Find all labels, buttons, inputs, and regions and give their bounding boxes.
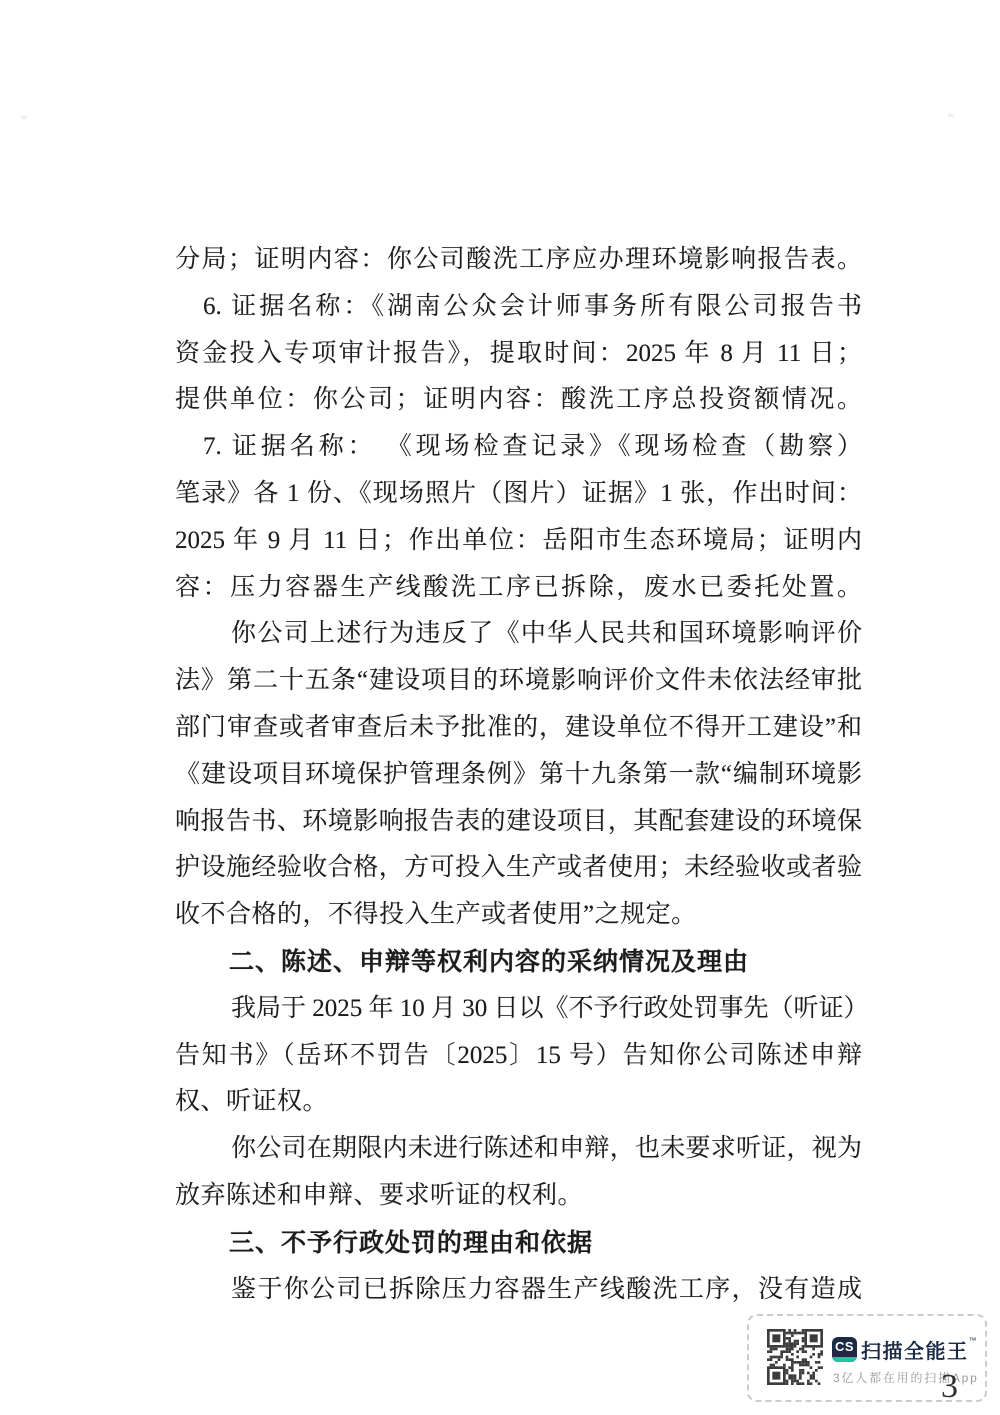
- qr-code-icon: [767, 1329, 823, 1385]
- brand-name: 扫描全能王: [861, 1335, 969, 1364]
- text-line: 《建设项目环境保护管理条例》第十九条第一款“编制环境影: [175, 752, 862, 799]
- text-line: 你公司上述行为违反了《中华人民共和国环境影响评价: [175, 611, 862, 658]
- text-line: 你公司在期限内未进行陈述和申辩，也未要求听证，视为: [175, 1126, 862, 1173]
- text-line: 权、听证权。: [175, 1079, 862, 1126]
- scan-artifact: [948, 114, 954, 117]
- section-heading: 三、不予行政处罚的理由和依据: [175, 1220, 862, 1267]
- text-line: 告知书》（岳环不罚告〔2025〕15 号）告知你公司陈述申辩: [175, 1033, 862, 1080]
- brand-row: 扫描全能王 ™: [861, 1337, 977, 1362]
- text-line: 我局于 2025 年 10 月 30 日以《不予行政处罚事先（听证）: [175, 986, 862, 1033]
- cs-badge-letters: CS: [832, 1337, 857, 1357]
- text-line: 7. 证据名称： 《现场检查记录》《现场检查（勘察）: [175, 424, 862, 471]
- text-line: 部门审查或者审查后未予批准的，建设单位不得开工建设”和: [175, 705, 862, 752]
- text-line: 鉴于你公司已拆除压力容器生产线酸洗工序，没有造成: [175, 1267, 862, 1314]
- text-line: 护设施经验收合格，方可投入生产或者使用；未经验收或者验: [175, 845, 862, 892]
- text-line: 响报告书、环境影响报告表的建设项目，其配套建设的环境保: [175, 799, 862, 846]
- text-line: 容：压力容器生产线酸洗工序已拆除，废水已委托处置。: [175, 565, 862, 612]
- scan-artifact: [21, 116, 27, 119]
- cs-badge-green-bar: [832, 1357, 857, 1362]
- text-line: 2025 年 9 月 11 日；作出单位：岳阳市生态环境局；证明内: [175, 518, 862, 565]
- text-line: 笔录》各 1 份、《现场照片（图片）证据》1 张，作出时间：: [175, 471, 862, 518]
- document-body: 分局；证明内容：你公司酸洗工序应办理环境影响报告表。6. 证据名称：《湖南公众会…: [175, 237, 862, 1313]
- text-line: 6. 证据名称：《湖南公众会计师事务所有限公司报告书: [175, 284, 862, 331]
- text-line: 提供单位：你公司；证明内容：酸洗工序总投资额情况。: [175, 377, 862, 424]
- page-number: 3: [941, 1368, 958, 1406]
- text-line: 放弃陈述和申辩、要求听证的权利。: [175, 1173, 862, 1220]
- text-line: 收不合格的，不得投入生产或者使用”之规定。: [175, 892, 862, 939]
- text-line: 分局；证明内容：你公司酸洗工序应办理环境影响报告表。: [175, 237, 862, 284]
- text-line: 资金投入专项审计报告》，提取时间：2025 年 8 月 11 日；: [175, 331, 862, 378]
- section-heading: 二、陈述、申辩等权利内容的采纳情况及理由: [175, 939, 862, 986]
- text-line: 法》第二十五条“建设项目的环境影响评价文件未依法经审批: [175, 658, 862, 705]
- trademark-mark: ™: [969, 1336, 977, 1345]
- camscanner-logo-icon: CS: [832, 1337, 857, 1362]
